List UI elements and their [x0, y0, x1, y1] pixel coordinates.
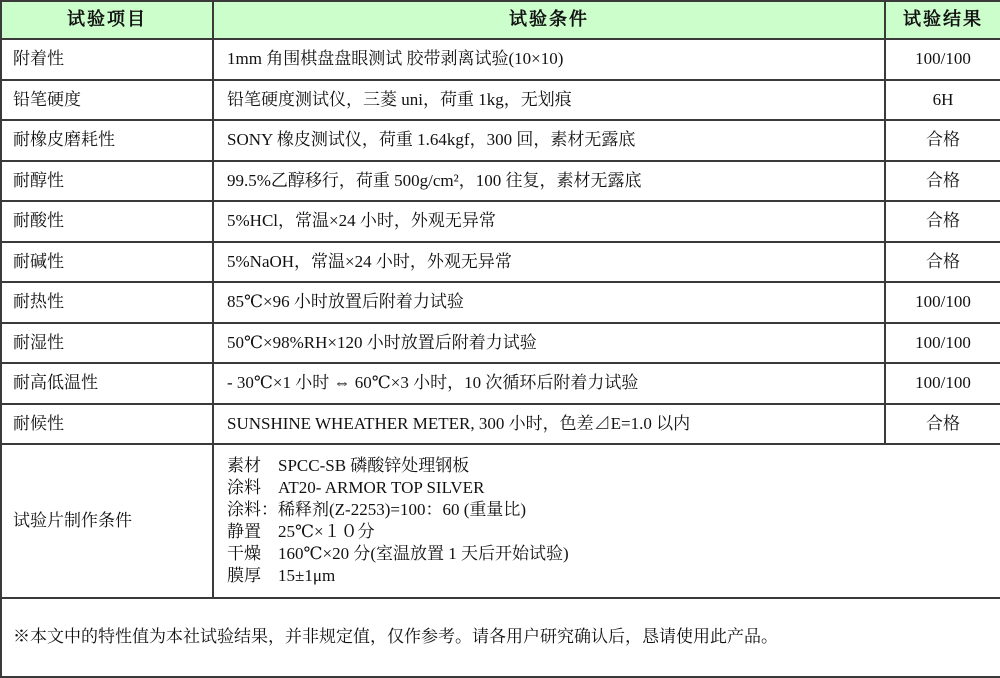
test-item-cell: 附着性 [1, 39, 213, 80]
table-row: 耐醇性 99.5%乙醇移行，荷重 500g/cm²，100 往复，素材无露底 合… [1, 161, 1000, 202]
table-row: 附着性 1mm 角围棋盘盘眼测试 胶带剥离试验(10×10) 100/100 [1, 39, 1000, 80]
test-condition-cell: 1mm 角围棋盘盘眼测试 胶带剥离试验(10×10) [213, 39, 885, 80]
test-item-cell: 耐热性 [1, 282, 213, 323]
prep-line-substrate: 素材 SPCC-SB 磷酸锌处理钢板 [227, 455, 992, 477]
test-condition-cell: SONY 橡皮测试仪，荷重 1.64kgf，300 回，素材无露底 [213, 120, 885, 161]
disclaimer-note: ※本文中的特性值为本社试验结果，并非规定值，仅作参考。请各用户研究确认后，恳请使… [1, 598, 1000, 677]
table-row: 耐湿性 50℃×98%RH×120 小时放置后附着力试验 100/100 [1, 323, 1000, 364]
test-condition-cell: 85℃×96 小时放置后附着力试验 [213, 282, 885, 323]
test-item-cell: 耐高低温性 [1, 363, 213, 404]
test-result-cell: 合格 [885, 161, 1000, 202]
table-row: 耐橡皮磨耗性 SONY 橡皮测试仪，荷重 1.64kgf，300 回，素材无露底… [1, 120, 1000, 161]
test-result-cell: 100/100 [885, 323, 1000, 364]
test-item-cell: 耐酸性 [1, 201, 213, 242]
disclaimer-row: ※本文中的特性值为本社试验结果，并非规定值，仅作参考。请各用户研究确认后，恳请使… [1, 598, 1000, 677]
test-condition-cell: - 30℃×1 小时 ⇔ 60℃×3 小时，10 次循环后附着力试验 [213, 363, 885, 404]
test-result-cell: 合格 [885, 120, 1000, 161]
table-row: 铅笔硬度 铅笔硬度测试仪，三菱 uni，荷重 1kg，无划痕 6H [1, 80, 1000, 121]
table-row: 耐酸性 5%HCl，常温×24 小时，外观无异常 合格 [1, 201, 1000, 242]
table-row: 耐热性 85℃×96 小时放置后附着力试验 100/100 [1, 282, 1000, 323]
prep-line-paint: 涂料 AT20- ARMOR TOP SILVER [227, 477, 992, 499]
prep-line-thinner-ratio: 涂料：稀释剂(Z-2253)=100：60 (重量比) [227, 499, 992, 521]
test-item-cell: 铅笔硬度 [1, 80, 213, 121]
test-item-cell: 耐候性 [1, 404, 213, 445]
table-row: 耐高低温性 - 30℃×1 小时 ⇔ 60℃×3 小时，10 次循环后附着力试验… [1, 363, 1000, 404]
test-item-cell: 耐碱性 [1, 242, 213, 283]
prep-line-film-thickness: 膜厚 15±1μm [227, 565, 992, 587]
prep-line-drying: 干燥 160℃×20 分(室温放置 1 天后开始试验) [227, 543, 992, 565]
test-result-cell: 合格 [885, 404, 1000, 445]
test-condition-cell: 铅笔硬度测试仪，三菱 uni，荷重 1kg，无划痕 [213, 80, 885, 121]
test-results-table: 试验项目 试验条件 试验结果 附着性 1mm 角围棋盘盘眼测试 胶带剥离试验(1… [0, 0, 1000, 678]
specimen-prep-label: 试验片制作条件 [1, 444, 213, 598]
test-result-cell: 100/100 [885, 363, 1000, 404]
column-header-test-condition: 试验条件 [213, 1, 885, 39]
test-result-cell: 合格 [885, 201, 1000, 242]
test-item-cell: 耐橡皮磨耗性 [1, 120, 213, 161]
test-condition-cell: 5%HCl，常温×24 小时，外观无异常 [213, 201, 885, 242]
test-report-page: 试验项目 试验条件 试验结果 附着性 1mm 角围棋盘盘眼测试 胶带剥离试验(1… [0, 0, 1000, 678]
test-condition-cell: 50℃×98%RH×120 小时放置后附着力试验 [213, 323, 885, 364]
table-header-row: 试验项目 试验条件 试验结果 [1, 1, 1000, 39]
test-result-cell: 合格 [885, 242, 1000, 283]
column-header-test-item: 试验项目 [1, 1, 213, 39]
test-result-cell: 100/100 [885, 282, 1000, 323]
column-header-test-result: 试验结果 [885, 1, 1000, 39]
table-row: 耐候性 SUNSHINE WHEATHER METER, 300 小时，色差⊿E… [1, 404, 1000, 445]
test-condition-cell: SUNSHINE WHEATHER METER, 300 小时，色差⊿E=1.0… [213, 404, 885, 445]
test-result-cell: 6H [885, 80, 1000, 121]
specimen-prep-conditions: 素材 SPCC-SB 磷酸锌处理钢板 涂料 AT20- ARMOR TOP SI… [213, 444, 1000, 598]
test-item-cell: 耐醇性 [1, 161, 213, 202]
prep-line-setting: 静置 25℃×１０分 [227, 521, 992, 543]
test-item-cell: 耐湿性 [1, 323, 213, 364]
test-condition-cell: 5%NaOH，常温×24 小时，外观无异常 [213, 242, 885, 283]
table-row: 耐碱性 5%NaOH，常温×24 小时，外观无异常 合格 [1, 242, 1000, 283]
specimen-preparation-row: 试验片制作条件 素材 SPCC-SB 磷酸锌处理钢板 涂料 AT20- ARMO… [1, 444, 1000, 598]
test-condition-cell: 99.5%乙醇移行，荷重 500g/cm²，100 往复，素材无露底 [213, 161, 885, 202]
test-result-cell: 100/100 [885, 39, 1000, 80]
